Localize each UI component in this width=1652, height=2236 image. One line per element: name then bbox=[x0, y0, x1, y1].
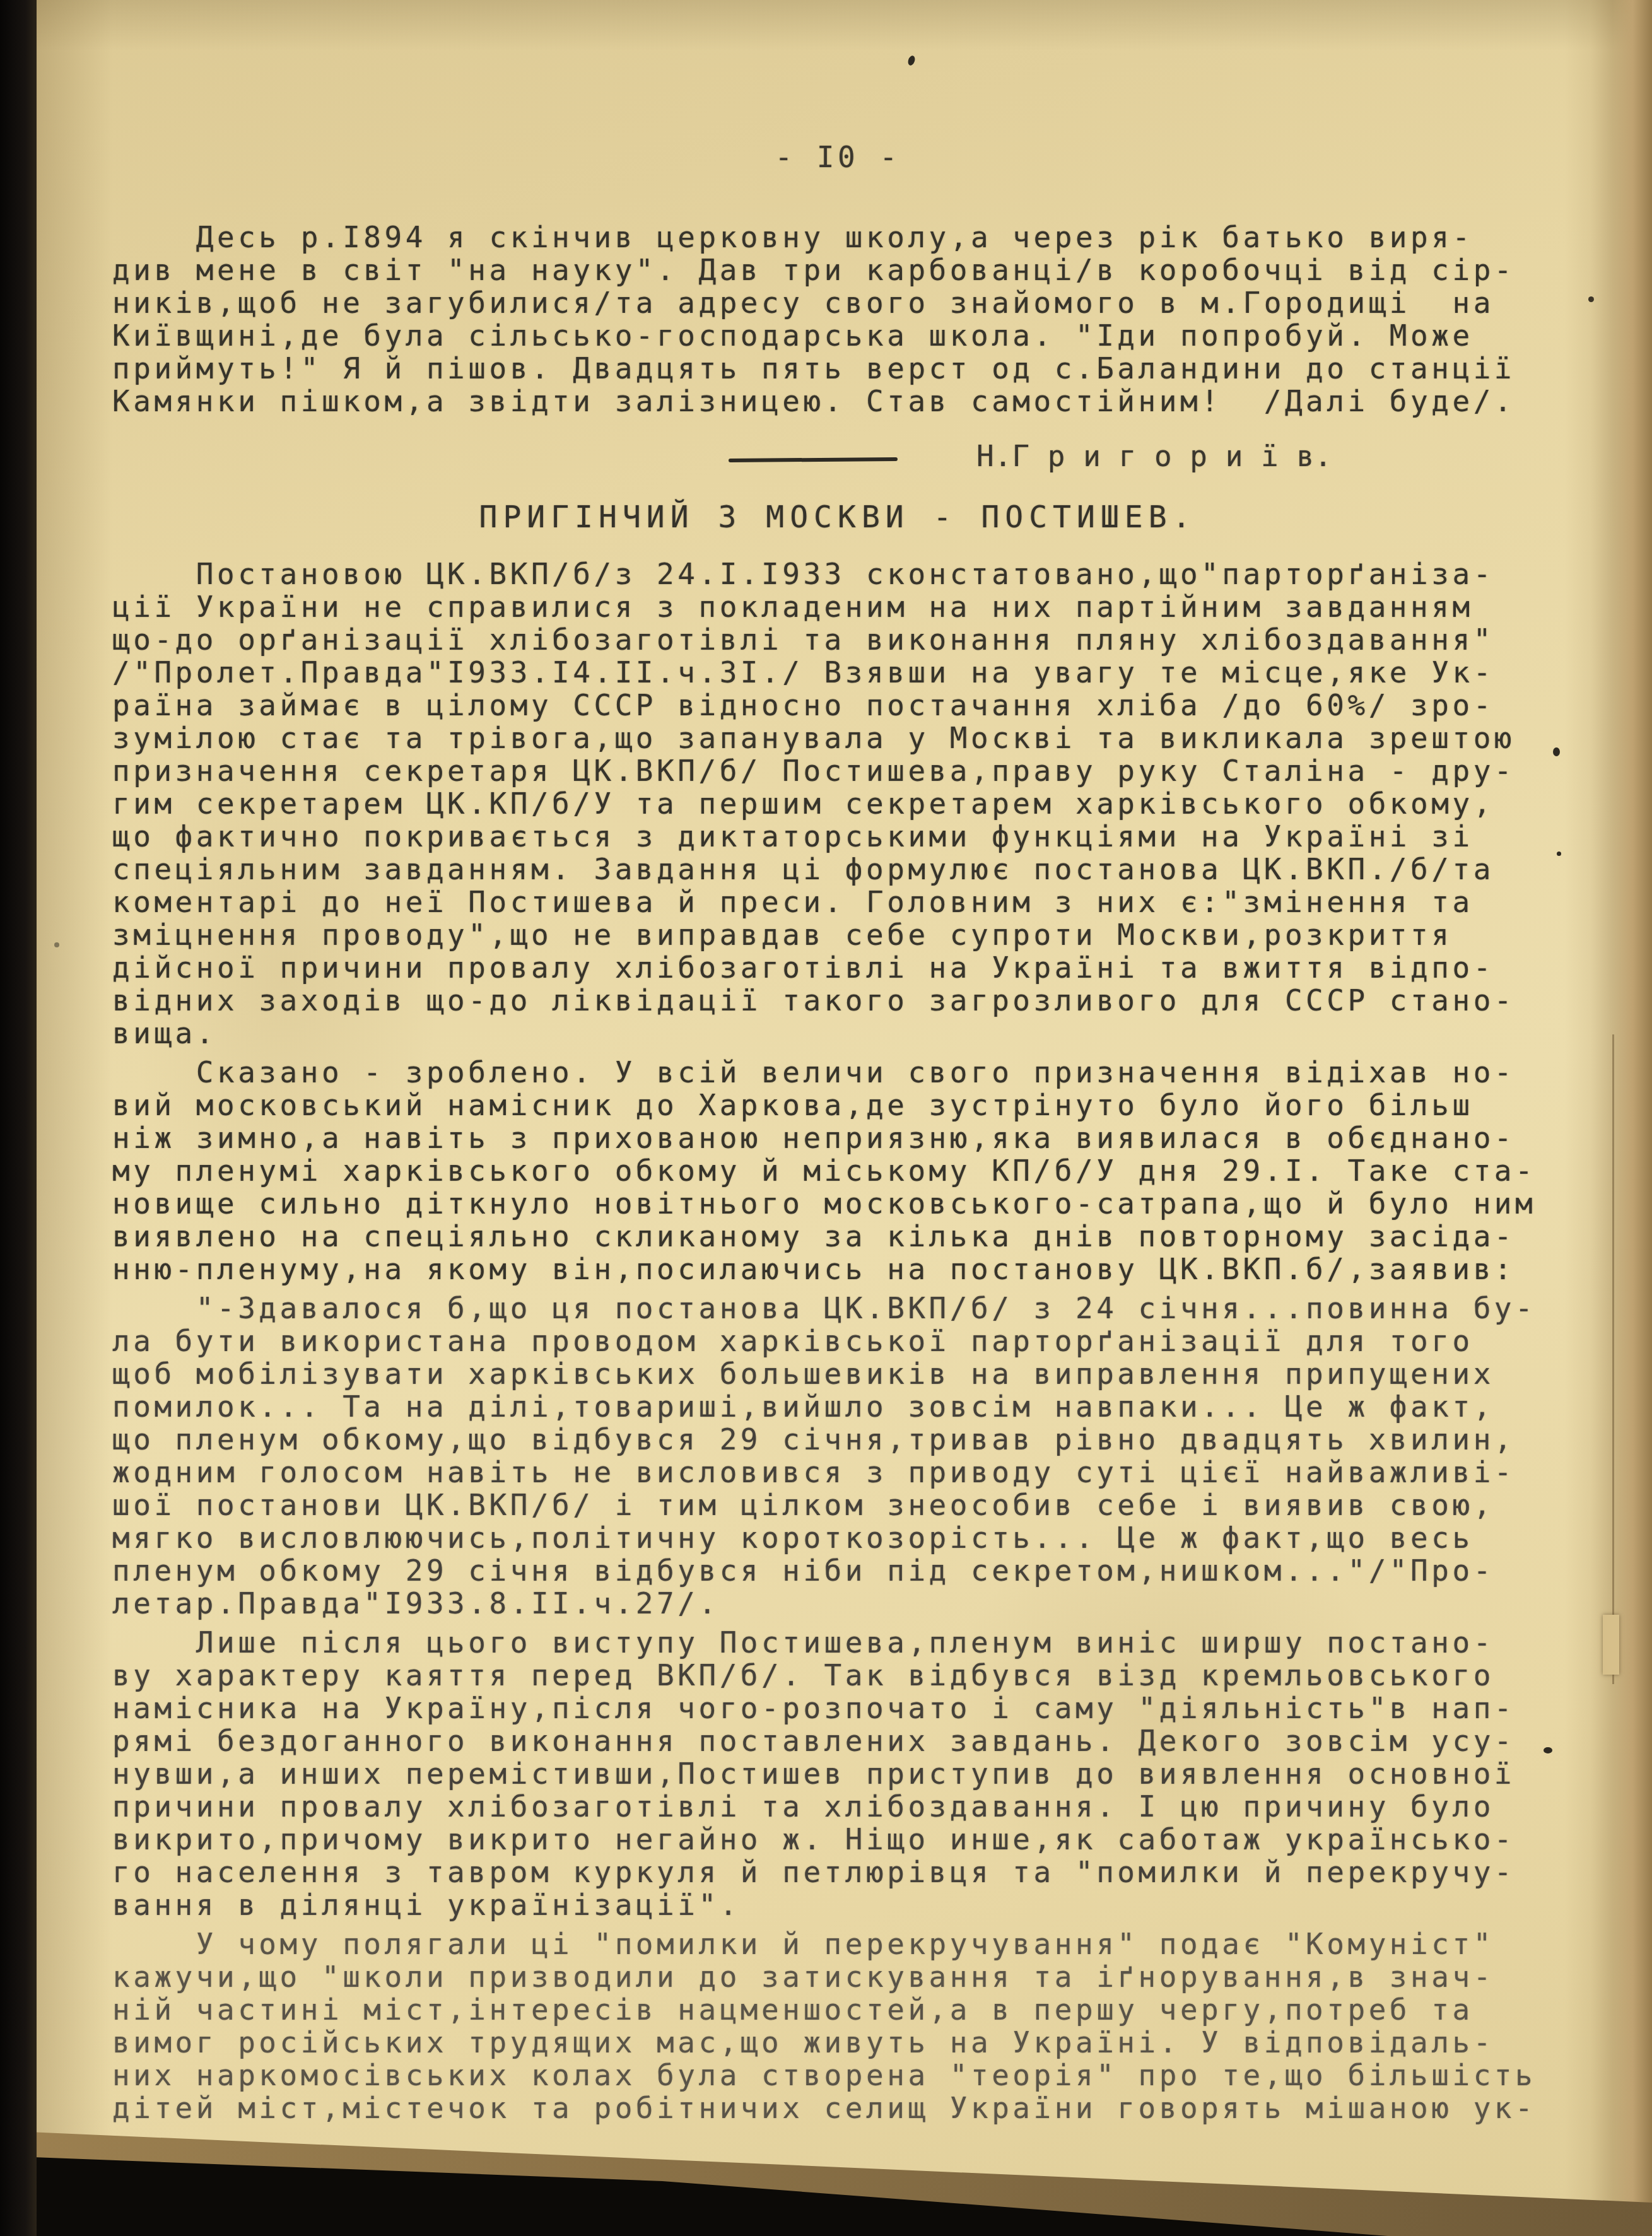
author-signature: Н.Г р и г о р и ї в. bbox=[976, 439, 1332, 473]
memoir-closing-paragraph: Десь р.І894 я скінчив церковну школу,а ч… bbox=[112, 221, 1563, 418]
paragraph-komunist: У чому полягали ці "помилки й перекручув… bbox=[112, 1928, 1563, 2124]
left-black-margin bbox=[0, 0, 37, 2236]
paragraph-decree: Постановою ЦК.ВКП/б/з 24.І.І933 сконстат… bbox=[112, 558, 1563, 1050]
scanned-page: - І0 - Десь р.І894 я скінчив церковну шк… bbox=[0, 0, 1652, 2236]
page-right-edge bbox=[1564, 0, 1652, 2236]
page-edge-crease bbox=[1612, 1034, 1614, 1684]
paragraph-arrival: Сказано - зроблено. У всій величи свого … bbox=[112, 1056, 1563, 1285]
signature-rule bbox=[729, 457, 898, 462]
article-title: ПРИГІНЧИЙ З МОСКВИ - ПОСТИШЕВ. bbox=[112, 500, 1563, 535]
paper-speck bbox=[1557, 852, 1561, 856]
page-edge-highlight bbox=[1603, 1615, 1619, 1675]
page-number: - І0 - bbox=[112, 140, 1563, 174]
paragraph-speech-quote: "-Здавалося б,що ця постанова ЦК.ВКП/б/ … bbox=[112, 1292, 1563, 1620]
signature-row: Н.Г р и г о р и ї в. bbox=[112, 439, 1563, 472]
paper-speck bbox=[1544, 1747, 1552, 1753]
paper-speck bbox=[54, 942, 59, 947]
top-edge-shadow bbox=[0, 0, 1652, 50]
paper-speck bbox=[1553, 747, 1560, 756]
paragraph-aftermath: Лише після цього виступу Постишева,плену… bbox=[112, 1626, 1563, 1921]
binding-shadow bbox=[37, 0, 112, 2236]
typewritten-text-column: Десь р.І894 я скінчив церковну школу,а ч… bbox=[112, 221, 1563, 2124]
